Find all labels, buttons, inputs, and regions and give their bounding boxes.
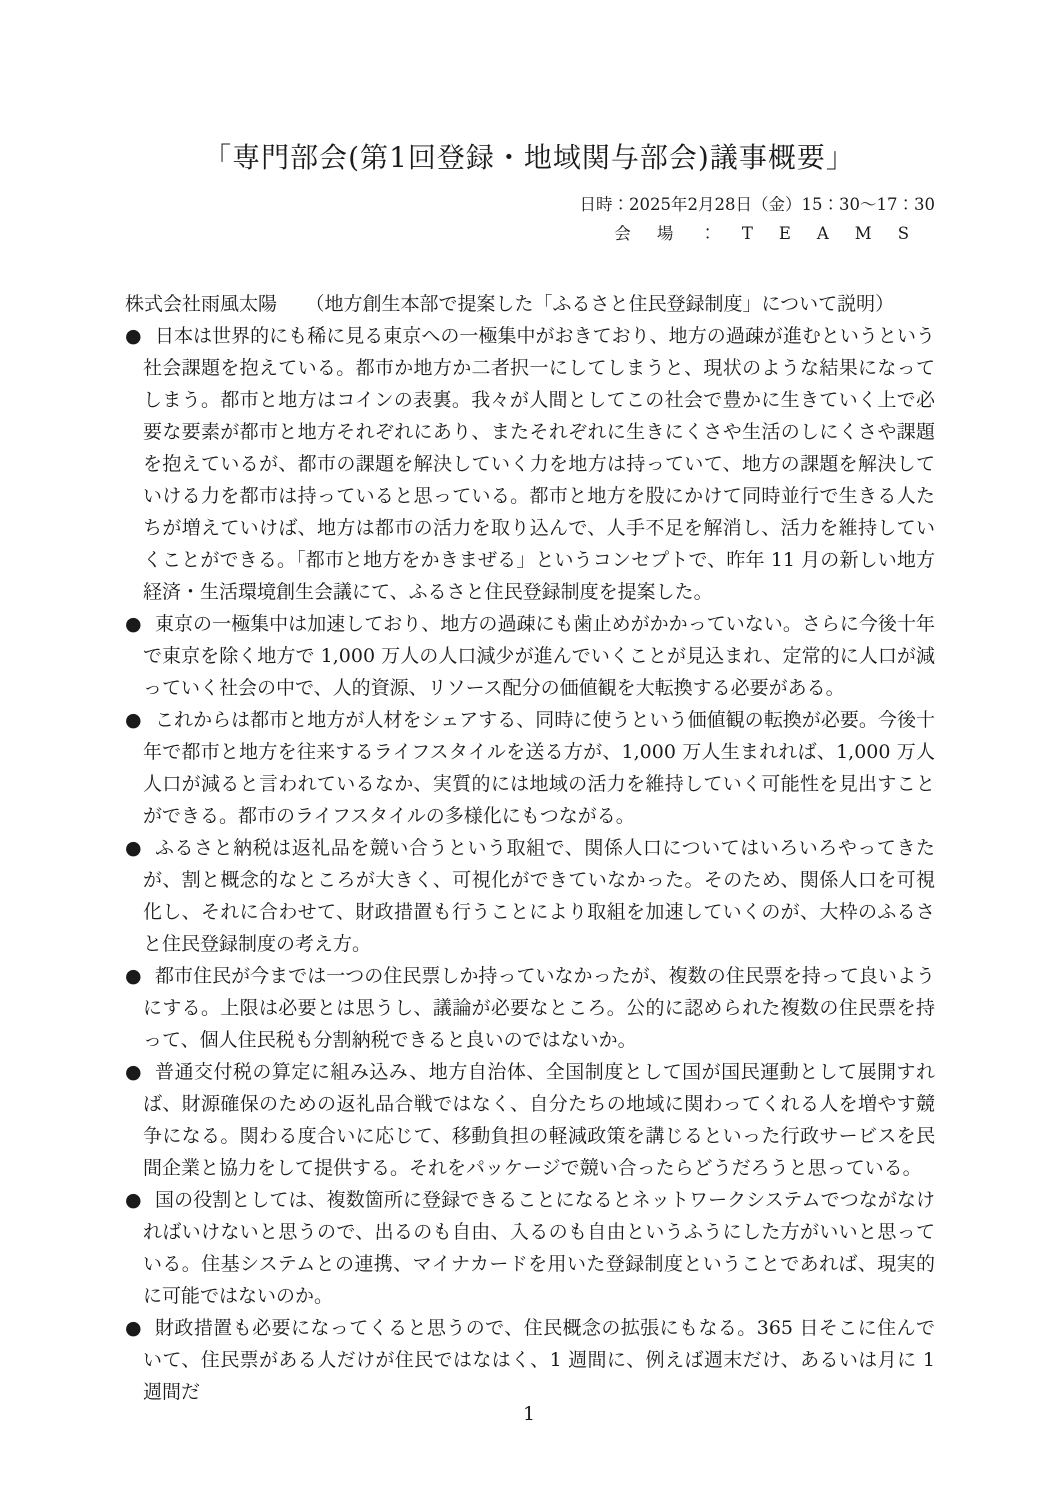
bullet-marker: ● bbox=[125, 1184, 142, 1216]
bullet-item: ●国の役割としては、複数箇所に登録できることになるとネットワークシステムでつなが… bbox=[143, 1184, 935, 1312]
page-number: 1 bbox=[0, 1398, 1058, 1430]
meeting-datetime: 日時：2025年2月28日（金）15：30～17：30 bbox=[0, 190, 935, 219]
bullet-text: 都市住民が今までは一つの住民票しか持っていなかったが、複数の住民票を持って良いよ… bbox=[143, 965, 935, 1051]
bullet-marker: ● bbox=[125, 704, 142, 736]
minutes-body: 株式会社雨風太陽 （地方創生本部で提案した「ふるさと住民登録制度」について説明）… bbox=[125, 288, 935, 1408]
meeting-venue: 会場：TEAMS bbox=[0, 219, 935, 248]
bullet-marker: ● bbox=[125, 320, 142, 352]
bullet-item: ●東京の一極集中は加速しており、地方の過疎にも歯止めがかかっていない。さらに今後… bbox=[143, 608, 935, 704]
bullet-marker: ● bbox=[125, 608, 142, 640]
bullet-text: 日本は世界的にも稀に見る東京への一極集中がおきており、地方の過疎が進むというとい… bbox=[143, 325, 935, 603]
bullet-text: 東京の一極集中は加速しており、地方の過疎にも歯止めがかかっていない。さらに今後十… bbox=[143, 613, 935, 699]
bullet-item: ●ふるさと納税は返礼品を競い合うという取組で、関係人口についてはいろいろやってき… bbox=[143, 832, 935, 960]
document-page: 「専門部会(第1回登録・地域関与部会)議事概要」 日時：2025年2月28日（金… bbox=[0, 0, 1058, 1497]
bullet-item: ●普通交付税の算定に組み込み、地方自治体、全国制度として国が国民運動として展開す… bbox=[143, 1056, 935, 1184]
bullet-text: これからは都市と地方が人材をシェアする、同時に使うという価値観の転換が必要。今後… bbox=[143, 709, 935, 827]
document-title: 「専門部会(第1回登録・地域関与部会)議事概要」 bbox=[0, 138, 1058, 178]
bullet-marker: ● bbox=[125, 960, 142, 992]
bullet-text: ふるさと納税は返礼品を競い合うという取組で、関係人口についてはいろいろやってきた… bbox=[143, 837, 935, 955]
bullet-item: ●財政措置も必要になってくると思うので、住民概念の拡張にもなる。365 日そこに… bbox=[143, 1312, 935, 1408]
bullet-text: 財政措置も必要になってくると思うので、住民概念の拡張にもなる。365 日そこに住… bbox=[143, 1317, 935, 1403]
bullet-marker: ● bbox=[125, 1312, 142, 1344]
bullet-item: ●日本は世界的にも稀に見る東京への一極集中がおきており、地方の過疎が進むというと… bbox=[143, 320, 935, 608]
bullet-marker: ● bbox=[125, 1056, 142, 1088]
speaker-line: 株式会社雨風太陽 （地方創生本部で提案した「ふるさと住民登録制度」について説明） bbox=[125, 288, 935, 320]
bullet-item: ●これからは都市と地方が人材をシェアする、同時に使うという価値観の転換が必要。今… bbox=[143, 704, 935, 832]
bullet-text: 国の役割としては、複数箇所に登録できることになるとネットワークシステムでつながな… bbox=[143, 1189, 935, 1307]
meeting-meta: 日時：2025年2月28日（金）15：30～17：30 会場：TEAMS bbox=[0, 190, 1058, 248]
bullet-item: ●都市住民が今までは一つの住民票しか持っていなかったが、複数の住民票を持って良い… bbox=[143, 960, 935, 1056]
bullet-text: 普通交付税の算定に組み込み、地方自治体、全国制度として国が国民運動として展開すれ… bbox=[143, 1061, 935, 1179]
bullet-marker: ● bbox=[125, 832, 142, 864]
